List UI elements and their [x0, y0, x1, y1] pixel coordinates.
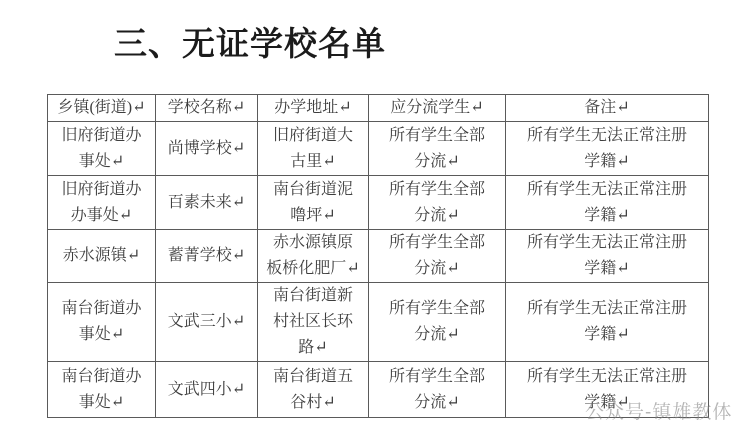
cell-students: 所有学生全部 分流↵ — [369, 122, 506, 176]
cell-students: 所有学生全部 分流↵ — [369, 283, 506, 362]
table-row: 南台街道办 事处↵ 文武四小↵ 南台街道五 谷村↵ 所有学生全部 分流↵ 所有学… — [48, 362, 709, 418]
cell-remarks: 所有学生无法正常注册 学籍↵ — [506, 362, 709, 418]
cell-township: 赤水源镇↵ — [48, 230, 156, 283]
cell-remarks: 所有学生无法正常注册 学籍↵ — [506, 230, 709, 283]
cell-address: 旧府街道大 古里↵ — [258, 122, 369, 176]
cell-township: 南台街道办 事处↵ — [48, 283, 156, 362]
cell-township: 南台街道办 事处↵ — [48, 362, 156, 418]
cell-address: 南台街道泥 噜坪↵ — [258, 176, 369, 230]
cell-remarks: 所有学生无法正常注册 学籍↵ — [506, 283, 709, 362]
column-header-address: 办学地址↵ — [258, 95, 369, 122]
column-header-school-name: 学校名称↵ — [156, 95, 258, 122]
cell-school-name: 百素未来↵ — [156, 176, 258, 230]
cell-school-name: 文武三小↵ — [156, 283, 258, 362]
table-row: 南台街道办 事处↵ 文武三小↵ 南台街道新 村社区长环 路↵ 所有学生全部 分流… — [48, 283, 709, 362]
cell-school-name: 文武四小↵ — [156, 362, 258, 418]
cell-address: 赤水源镇原 板桥化肥厂↵ — [258, 230, 369, 283]
cell-township: 旧府街道办 办事处↵ — [48, 176, 156, 230]
cell-address: 南台街道新 村社区长环 路↵ — [258, 283, 369, 362]
document-page: 三、无证学校名单 乡镇(街道)↵ 学校名称↵ 办学地址↵ 应分流学生↵ 备注↵ … — [0, 0, 750, 440]
page-title: 三、无证学校名单 — [114, 18, 386, 65]
cell-students: 所有学生全部 分流↵ — [369, 362, 506, 418]
cell-township: 旧府街道办 事处↵ — [48, 122, 156, 176]
table-row: 旧府街道办 事处↵ 尚博学校↵ 旧府街道大 古里↵ 所有学生全部 分流↵ 所有学… — [48, 122, 709, 176]
cell-school-name: 蓄菁学校↵ — [156, 230, 258, 283]
table-header-row: 乡镇(街道)↵ 学校名称↵ 办学地址↵ 应分流学生↵ 备注↵ — [48, 95, 709, 122]
cell-remarks: 所有学生无法正常注册 学籍↵ — [506, 122, 709, 176]
unlicensed-schools-table: 乡镇(街道)↵ 学校名称↵ 办学地址↵ 应分流学生↵ 备注↵ 旧府街道办 事处↵… — [47, 94, 709, 418]
table-row: 旧府街道办 办事处↵ 百素未来↵ 南台街道泥 噜坪↵ 所有学生全部 分流↵ 所有… — [48, 176, 709, 230]
column-header-students-to-divert: 应分流学生↵ — [369, 95, 506, 122]
cell-students: 所有学生全部 分流↵ — [369, 230, 506, 283]
cell-address: 南台街道五 谷村↵ — [258, 362, 369, 418]
table-row: 赤水源镇↵ 蓄菁学校↵ 赤水源镇原 板桥化肥厂↵ 所有学生全部 分流↵ 所有学生… — [48, 230, 709, 283]
column-header-township: 乡镇(街道)↵ — [48, 95, 156, 122]
column-header-remarks: 备注↵ — [506, 95, 709, 122]
cell-remarks: 所有学生无法正常注册 学籍↵ — [506, 176, 709, 230]
cell-students: 所有学生全部 分流↵ — [369, 176, 506, 230]
cell-school-name: 尚博学校↵ — [156, 122, 258, 176]
